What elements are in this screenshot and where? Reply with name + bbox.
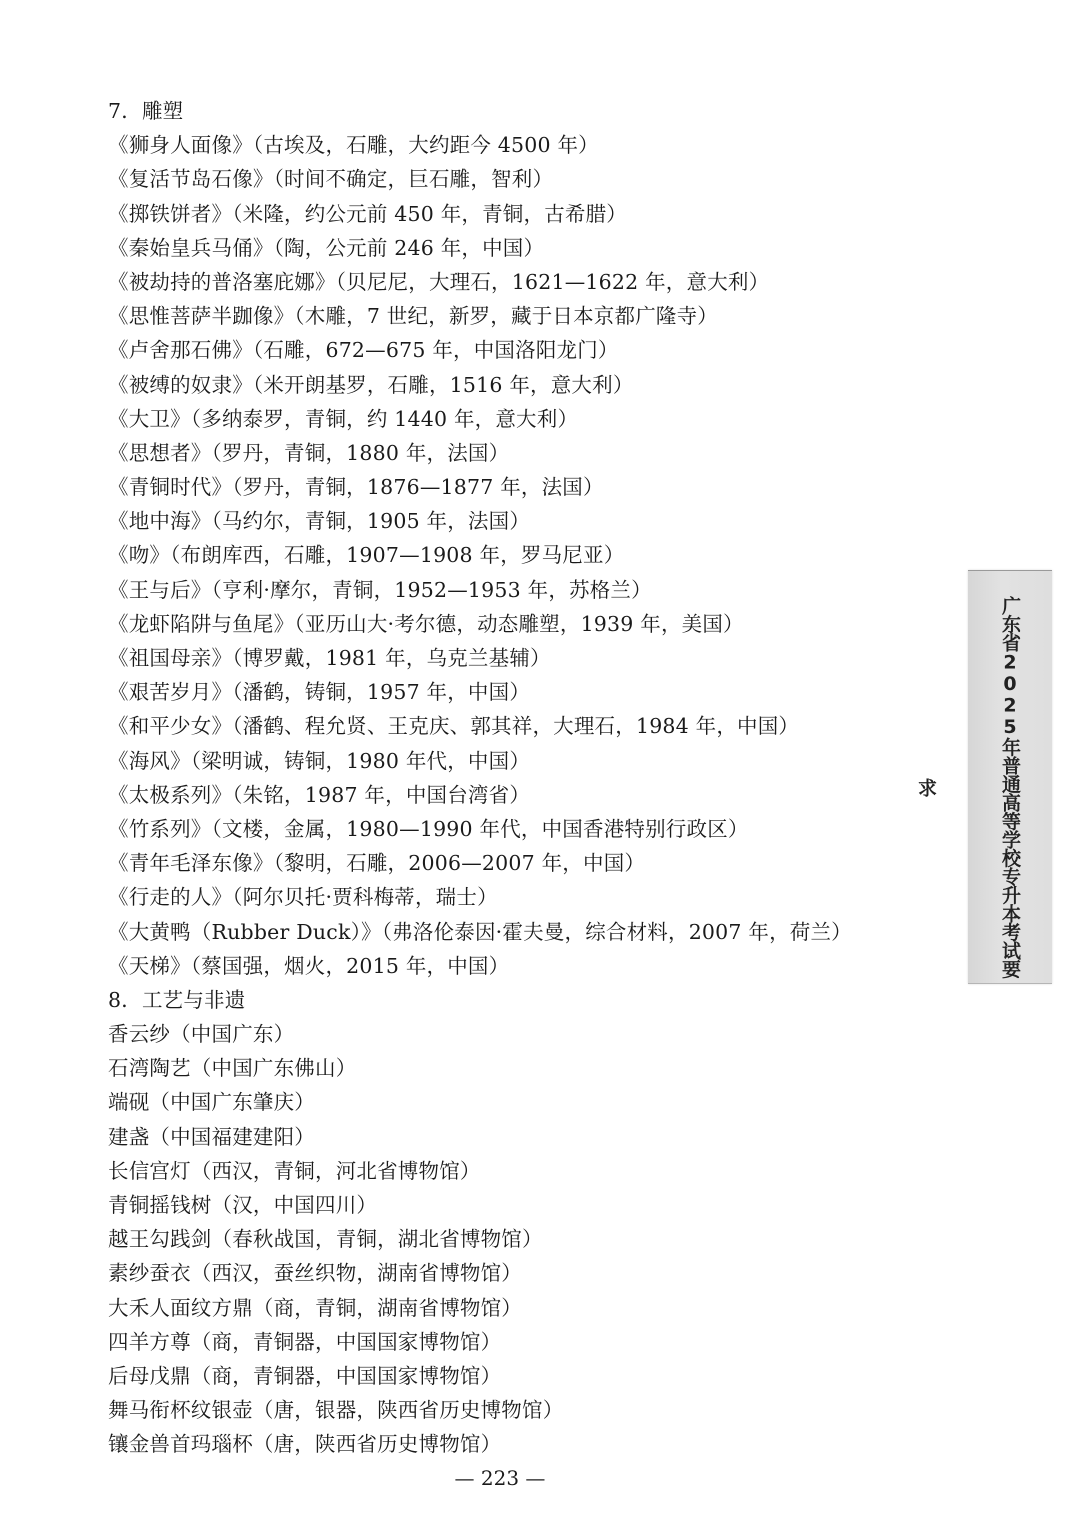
page-number: — 223 — xyxy=(0,1466,1000,1490)
list-item: 《被劫持的普洛塞庇娜》（贝尼尼，大理石，1621—1622 年，意大利） xyxy=(108,265,948,299)
list-item: 《掷铁饼者》（米隆，约公元前 450 年，青铜，古希腊） xyxy=(108,197,948,231)
list-item: 石湾陶艺（中国广东佛山） xyxy=(108,1051,948,1085)
side-tab: 广东省2025年普通高等学校专升本考试要求 xyxy=(968,570,1052,984)
list-item: 《秦始皇兵马俑》（陶，公元前 246 年，中国） xyxy=(108,231,948,265)
list-item: 《青铜时代》（罗丹，青铜，1876—1877 年，法国） xyxy=(108,470,948,504)
list-item: 《思惟菩萨半跏像》（木雕，7 世纪，新罗，藏于日本京都广隆寺） xyxy=(108,299,948,333)
list-item: 《祖国母亲》（博罗戴，1981 年，乌克兰基辅） xyxy=(108,641,948,675)
list-item: 《青年毛泽东像》（黎明，石雕，2006—2007 年，中国） xyxy=(108,846,948,880)
list-item: 《天梯》（蔡国强，烟火，2015 年，中国） xyxy=(108,949,948,983)
list-item: 香云纱（中国广东） xyxy=(108,1017,948,1051)
list-item: 《艰苦岁月》（潘鹤，铸铜，1957 年，中国） xyxy=(108,675,948,709)
list-item: 端砚（中国广东肇庆） xyxy=(108,1085,948,1119)
list-item: 《被缚的奴隶》（米开朗基罗，石雕，1516 年，意大利） xyxy=(108,368,948,402)
list-item: 《狮身人面像》（古埃及，石雕，大约距今 4500 年） xyxy=(108,128,948,162)
list-item: 青铜摇钱树（汉，中国四川） xyxy=(108,1188,948,1222)
side-tab-label: 广东省2025年普通高等学校专升本考试要求 xyxy=(968,591,1052,983)
list-item: 《吻》（布朗库西，石雕，1907—1908 年，罗马尼亚） xyxy=(108,538,948,572)
page-content: 7．雕塑 《狮身人面像》（古埃及，石雕，大约距今 4500 年） 《复活节岛石像… xyxy=(108,94,948,1462)
list-item: 镶金兽首玛瑙杯（唐，陕西省历史博物馆） xyxy=(108,1427,948,1461)
list-item: 《卢舍那石佛》（石雕，672—675 年，中国洛阳龙门） xyxy=(108,333,948,367)
list-item: 后母戊鼎（商，青铜器，中国国家博物馆） xyxy=(108,1359,948,1393)
list-item: 建盏（中国福建建阳） xyxy=(108,1120,948,1154)
list-item: 大禾人面纹方鼎（商，青铜，湖南省博物馆） xyxy=(108,1291,948,1325)
list-item: 《行走的人》（阿尔贝托·贾科梅蒂，瑞士） xyxy=(108,880,948,914)
list-item: 《龙虾陷阱与鱼尾》（亚历山大·考尔德，动态雕塑，1939 年，美国） xyxy=(108,607,948,641)
list-item: 素纱蚕衣（西汉，蚕丝织物，湖南省博物馆） xyxy=(108,1256,948,1290)
list-item: 《王与后》（亨利·摩尔，青铜，1952—1953 年，苏格兰） xyxy=(108,573,948,607)
list-item: 《思想者》（罗丹，青铜，1880 年，法国） xyxy=(108,436,948,470)
list-item: 《大卫》（多纳泰罗，青铜，约 1440 年，意大利） xyxy=(108,402,948,436)
list-item: 《竹系列》（文楼，金属，1980—1990 年代，中国香港特别行政区） xyxy=(108,812,948,846)
list-item: 《地中海》（马约尔，青铜，1905 年，法国） xyxy=(108,504,948,538)
list-item: 越王勾践剑（春秋战国，青铜，湖北省博物馆） xyxy=(108,1222,948,1256)
list-item: 长信宫灯（西汉，青铜，河北省博物馆） xyxy=(108,1154,948,1188)
list-item: 《大黄鸭（Rubber Duck）》（弗洛伦泰因·霍夫曼，综合材料，2007 年… xyxy=(108,915,948,949)
list-item: 四羊方尊（商，青铜器，中国国家博物馆） xyxy=(108,1325,948,1359)
section-heading-crafts: 8．工艺与非遗 xyxy=(108,983,948,1017)
list-item: 《海风》（梁明诚，铸铜，1980 年代，中国） xyxy=(108,744,948,778)
list-item: 《和平少女》（潘鹤、程允贤、王克庆、郭其祥，大理石，1984 年，中国） xyxy=(108,709,948,743)
list-item: 《太极系列》（朱铭，1987 年，中国台湾省） xyxy=(108,778,948,812)
list-item: 《复活节岛石像》（时间不确定，巨石雕，智利） xyxy=(108,162,948,196)
section-heading-sculpture: 7．雕塑 xyxy=(108,94,948,128)
list-item: 舞马衔杯纹银壶（唐，银器，陕西省历史博物馆） xyxy=(108,1393,948,1427)
